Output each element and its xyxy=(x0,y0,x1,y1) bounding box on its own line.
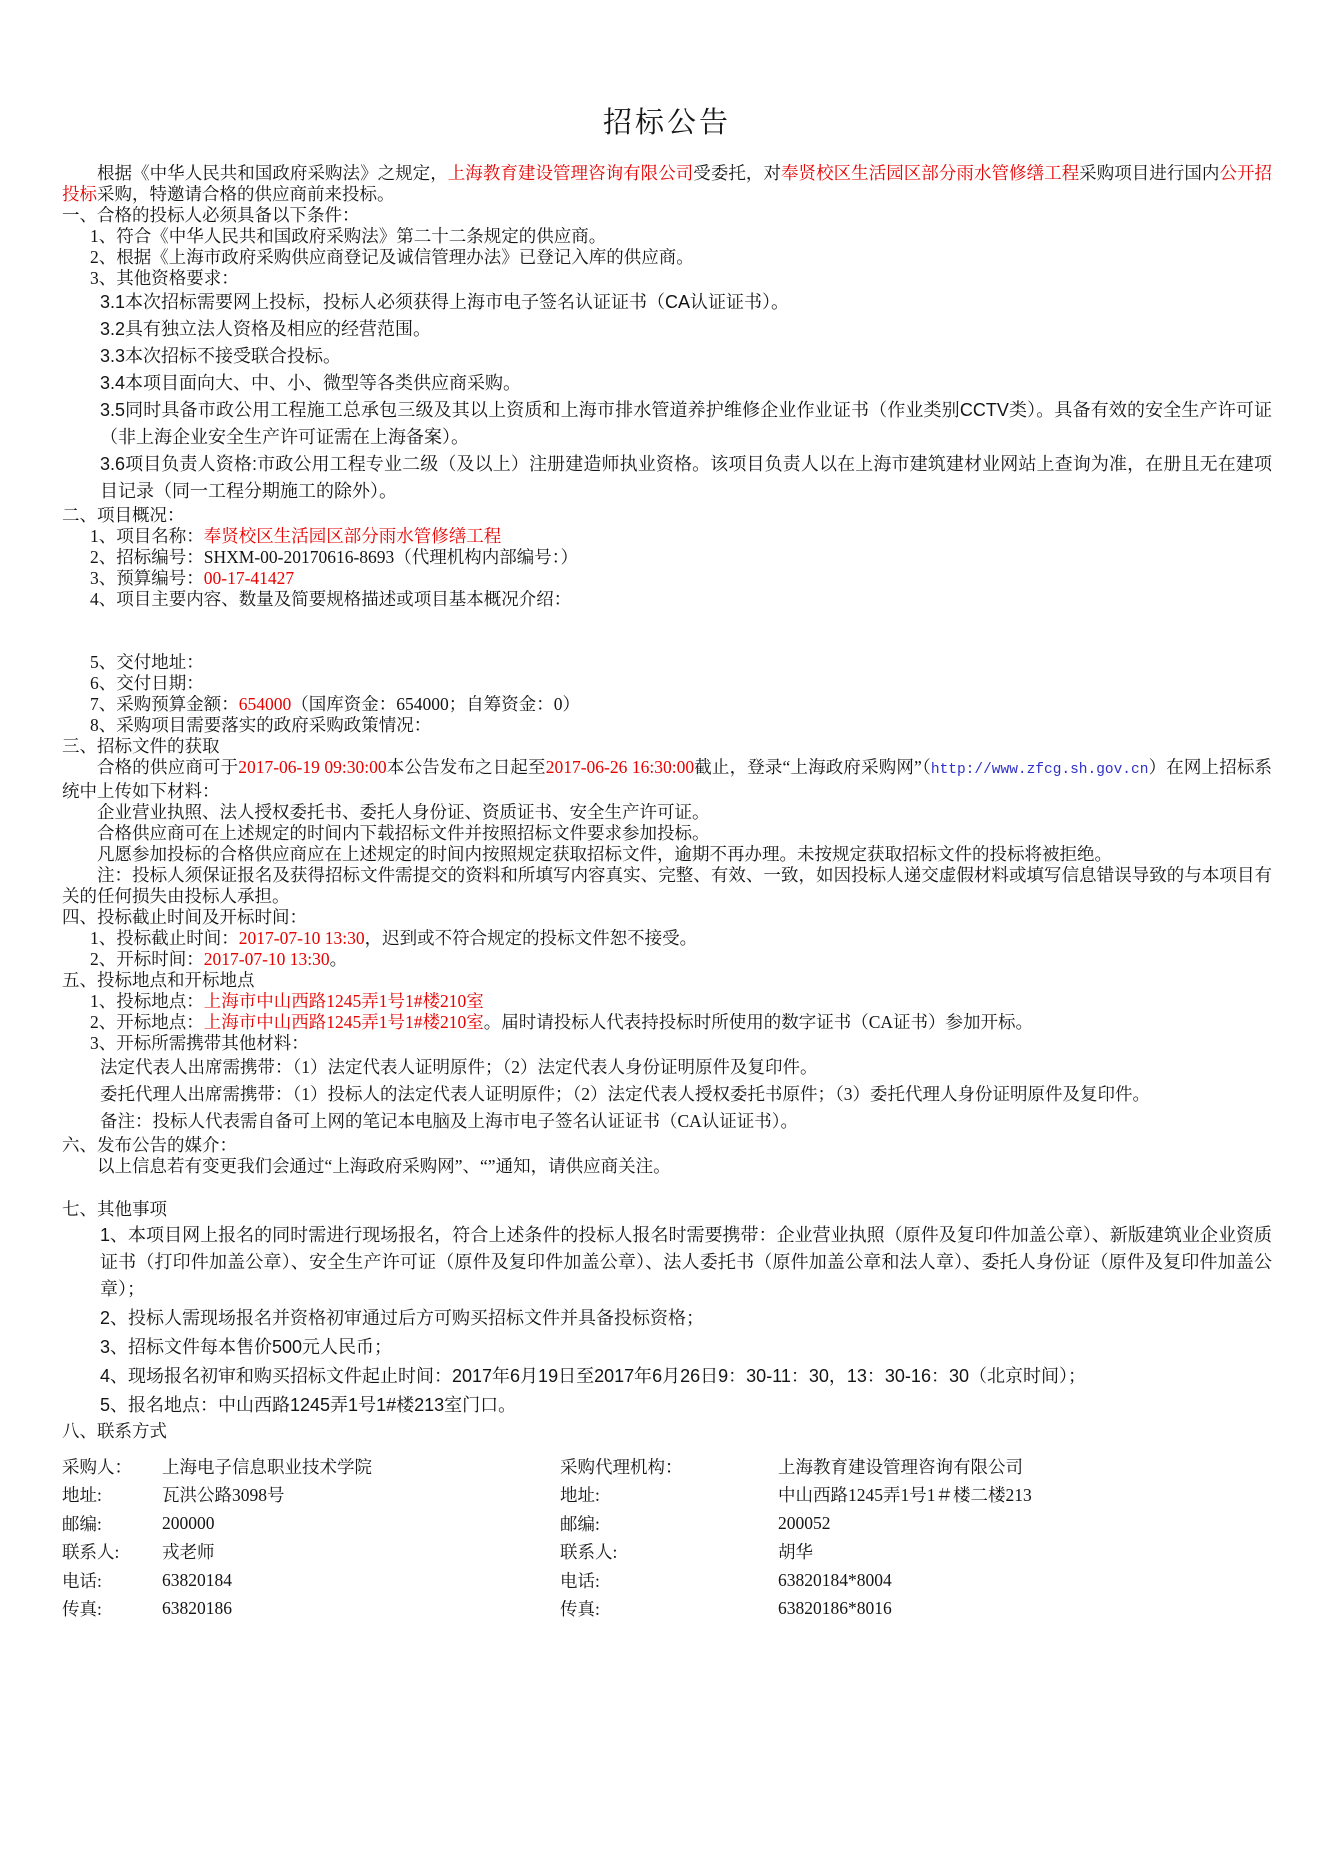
contact-person-label: 联系人: xyxy=(62,1538,162,1567)
body-paragraph: 合格供应商可在上述规定的时间内下载招标文件并按照招标文件要求参加投标。 xyxy=(62,823,1272,844)
agency-name-highlight: 上海教育建设管理咨询有限公司 xyxy=(448,163,694,183)
field-label: 2、开标时间： xyxy=(90,949,204,969)
procurement-site-link[interactable]: http://www.zfcg.sh.gov.cn xyxy=(931,762,1149,778)
list-item: 2、根据《上海市政府采购供应商登记及诚信管理办法》已登记入库的供应商。 xyxy=(62,247,1272,268)
phone-label: 电话: xyxy=(62,1566,162,1595)
document-access-paragraph: 合格的供应商可于2017-06-19 09:30:00本公告发布之日起至2017… xyxy=(62,757,1272,802)
media-paragraph: 以上信息若有变更我们会通过“上海政府采购网”、“”通知，请供应商关注。 xyxy=(62,1156,1272,1177)
list-item: 3、开标所需携带其他材料： xyxy=(62,1033,1272,1054)
list-item: 3.4本项目面向大、中、小、微型等各类供应商采购。 xyxy=(62,370,1272,397)
purchaser-value: 上海电子信息职业技术学院 xyxy=(162,1452,560,1481)
list-item: 4、项目主要内容、数量及简要规格描述或项目基本概况介绍： xyxy=(62,589,1272,610)
field-label: 1、投标地点： xyxy=(90,991,204,1011)
bid-deadline-value: 2017-07-10 13:30 xyxy=(239,928,365,948)
field-detail: （国库资金：654000；自筹资金：0） xyxy=(291,694,580,714)
list-item: 1、符合《中华人民共和国政府采购法》第二十二条规定的供应商。 xyxy=(62,226,1272,247)
budget-amount-value: 654000 xyxy=(239,694,292,714)
start-datetime: 2017-06-19 09:30:00 xyxy=(238,757,386,777)
agency-label: 采购代理机构： xyxy=(560,1452,778,1481)
intro-text: 采购项目进行国内 xyxy=(1079,163,1219,183)
agency-value: 上海教育建设管理咨询有限公司 xyxy=(778,1452,1272,1481)
list-item: 8、采购项目需要落实的政府采购政策情况： xyxy=(62,715,1272,736)
spacer xyxy=(62,1177,1272,1199)
list-item: 3.3本次招标不接受联合投标。 xyxy=(62,343,1272,370)
materials-subsection: 法定代表人出席需携带：（1）法定代表人证明原件；（2）法定代表人身份证明原件及复… xyxy=(62,1054,1272,1135)
table-row: 地址: 瓦洪公路3098号 地址: 中山西路1245弄1号1＃楼二楼213 xyxy=(62,1481,1272,1510)
budget-number-value: 00-17-41427 xyxy=(204,568,294,588)
intro-text: 根据《中华人民共和国政府采购法》之规定， xyxy=(97,163,448,183)
list-item: 6、交付日期： xyxy=(62,673,1272,694)
bid-address-value: 上海市中山西路1245弄1号1#楼210室 xyxy=(204,991,484,1011)
contact-person-value: 戎老师 xyxy=(162,1538,560,1567)
list-item: 1、项目名称：奉贤校区生活园区部分雨水管修缮工程 xyxy=(62,526,1272,547)
address-value: 瓦洪公路3098号 xyxy=(162,1481,560,1510)
body-text: 截止，登录“上海政府采购网”（ xyxy=(694,757,931,777)
list-item: 2、开标时间：2017-07-10 13:30。 xyxy=(62,949,1272,970)
phone-value: 63820184*8004 xyxy=(778,1566,1272,1595)
contact-person-label: 联系人: xyxy=(560,1538,778,1567)
field-label: 1、项目名称： xyxy=(90,526,204,546)
list-item: 1、本项目网上报名的同时需进行现场报名，符合上述条件的投标人报名时需要携带：企业… xyxy=(100,1222,1272,1303)
section-6-heading: 六、发布公告的媒介： xyxy=(62,1135,1272,1156)
section-7-heading: 七、其他事项 xyxy=(62,1199,1272,1220)
field-detail: 。 xyxy=(330,949,348,969)
table-row: 电话: 63820184 电话: 63820184*8004 xyxy=(62,1566,1272,1595)
address-label: 地址: xyxy=(62,1481,162,1510)
section-5-heading: 五、投标地点和开标地点 xyxy=(62,970,1272,991)
list-item: 2、投标人需现场报名并资格初审通过后方可购买招标文件并具备投标资格； xyxy=(100,1305,1272,1332)
fax-value: 63820186 xyxy=(162,1595,560,1624)
section-2-heading: 二、项目概况： xyxy=(62,505,1272,526)
opening-address-value: 上海市中山西路1245弄1号1#楼210室 xyxy=(204,1012,484,1032)
section-8-heading: 八、联系方式 xyxy=(62,1421,1272,1442)
address-value: 中山西路1245弄1号1＃楼二楼213 xyxy=(778,1481,1272,1510)
postcode-label: 邮编: xyxy=(62,1509,162,1538)
fax-value: 63820186*8016 xyxy=(778,1595,1272,1624)
list-item: 3、招标文件每本售价500元人民币； xyxy=(100,1334,1272,1361)
postcode-label: 邮编: xyxy=(560,1509,778,1538)
list-item: 1、投标地点：上海市中山西路1245弄1号1#楼210室 xyxy=(62,991,1272,1012)
table-row: 传真: 63820186 传真: 63820186*8016 xyxy=(62,1595,1272,1624)
field-label: 2、开标地点： xyxy=(90,1012,204,1032)
list-item: 3.1本次招标需要网上投标，投标人必须获得上海市电子签名认证证书（CA认证证书）… xyxy=(62,289,1272,316)
body-text: 合格的供应商可于 xyxy=(97,757,238,777)
section-1-heading: 一、合格的投标人必须具备以下条件： xyxy=(62,205,1272,226)
contact-table: 采购人： 上海电子信息职业技术学院 采购代理机构： 上海教育建设管理咨询有限公司… xyxy=(62,1452,1272,1623)
address-label: 地址: xyxy=(560,1481,778,1510)
table-row: 采购人： 上海电子信息职业技术学院 采购代理机构： 上海教育建设管理咨询有限公司 xyxy=(62,1452,1272,1481)
list-item: 3.5同时具备市政公用工程施工总承包三级及其以上资质和上海市排水管道养护维修企业… xyxy=(62,397,1272,451)
intro-paragraph: 根据《中华人民共和国政府采购法》之规定，上海教育建设管理咨询有限公司受委托，对奉… xyxy=(62,163,1272,205)
list-item: 5、报名地点：中山西路1245弄1号1#楼213室门口。 xyxy=(100,1392,1272,1419)
end-datetime: 2017-06-26 16:30:00 xyxy=(546,757,694,777)
table-row: 联系人: 戎老师 联系人: 胡华 xyxy=(62,1538,1272,1567)
intro-text: 受委托，对 xyxy=(693,163,781,183)
table-row: 邮编: 200000 邮编: 200052 xyxy=(62,1509,1272,1538)
qualification-requirements: 3.1本次招标需要网上投标，投标人必须获得上海市电子签名认证证书（CA认证证书）… xyxy=(62,289,1272,505)
list-item: 5、交付地址： xyxy=(62,652,1272,673)
other-matters-list: 1、本项目网上报名的同时需进行现场报名，符合上述条件的投标人报名时需要携带：企业… xyxy=(62,1222,1272,1419)
remark-line: 备注：投标人代表需自备可上网的笔记本电脑及上海市电子签名认证证书（CA认证证书）… xyxy=(100,1108,1272,1135)
note-paragraph: 注：投标人须保证报名及获得招标文件需提交的资料和所填写内容真实、完整、有效、一致… xyxy=(62,865,1272,907)
purchaser-label: 采购人： xyxy=(62,1452,162,1481)
fax-label: 传真: xyxy=(560,1595,778,1624)
body-text: 本公告发布之日起至 xyxy=(387,757,546,777)
list-item: 2、开标地点：上海市中山西路1245弄1号1#楼210室。届时请投标人代表持投标… xyxy=(62,1012,1272,1033)
section-3-heading: 三、招标文件的获取 xyxy=(62,736,1272,757)
postcode-value: 200052 xyxy=(778,1509,1272,1538)
project-name-highlight: 奉贤校区生活园区部分雨水管修缮工程 xyxy=(781,163,1079,183)
postcode-value: 200000 xyxy=(162,1509,560,1538)
section-4-heading: 四、投标截止时间及开标时间： xyxy=(62,907,1272,928)
field-label: 3、预算编号： xyxy=(90,568,204,588)
list-item: 1、投标截止时间：2017-07-10 13:30，迟到或不符合规定的投标文件恕… xyxy=(62,928,1272,949)
body-paragraph: 凡愿参加投标的合格供应商应在上述规定的时间内按照规定获取招标文件，逾期不再办理。… xyxy=(62,844,1272,865)
opening-time-value: 2017-07-10 13:30 xyxy=(204,949,330,969)
field-detail: ，迟到或不符合规定的投标文件恕不接受。 xyxy=(365,928,698,948)
body-paragraph: 企业营业执照、法人授权委托书、委托人身份证、资质证书、安全生产许可证。 xyxy=(62,802,1272,823)
field-detail: 。届时请投标人代表持投标时所使用的数字证书（CA证书）参加开标。 xyxy=(484,1012,1033,1032)
phone-label: 电话: xyxy=(560,1566,778,1595)
intro-text: 采购，特邀请合格的供应商前来投标。 xyxy=(97,184,395,204)
spacer xyxy=(62,610,1272,652)
phone-value: 63820184 xyxy=(162,1566,560,1595)
list-item: 3、其他资格要求： xyxy=(62,268,1272,289)
list-item: 7、采购预算金额：654000（国库资金：654000；自筹资金：0） xyxy=(62,694,1272,715)
list-item: 2、招标编号：SHXM-00-20170616-8693（代理机构内部编号：） xyxy=(62,547,1272,568)
list-item: 3.2具有独立法人资格及相应的经营范围。 xyxy=(62,316,1272,343)
legal-representative-line: 法定代表人出席需携带：（1）法定代表人证明原件；（2）法定代表人身份证明原件及复… xyxy=(100,1054,1272,1081)
list-item: 3.6项目负责人资格:市政公用工程专业二级（及以上）注册建造师执业资格。该项目负… xyxy=(62,451,1272,505)
tender-notice-document: 招标公告 根据《中华人民共和国政府采购法》之规定，上海教育建设管理咨询有限公司受… xyxy=(0,0,1323,1623)
entrusted-agent-line: 委托代理人出席需携带：（1）投标人的法定代表人证明原件；（2）法定代表人授权委托… xyxy=(100,1081,1272,1108)
list-item: 3、预算编号：00-17-41427 xyxy=(62,568,1272,589)
fax-label: 传真: xyxy=(62,1595,162,1624)
field-label: 7、采购预算金额： xyxy=(90,694,239,714)
contact-person-value: 胡华 xyxy=(778,1538,1272,1567)
page-title: 招标公告 xyxy=(62,100,1272,141)
project-name-value: 奉贤校区生活园区部分雨水管修缮工程 xyxy=(204,526,502,546)
field-label: 1、投标截止时间： xyxy=(90,928,239,948)
list-item: 4、现场报名初审和购买招标文件起止时间：2017年6月19日至2017年6月26… xyxy=(100,1363,1272,1390)
